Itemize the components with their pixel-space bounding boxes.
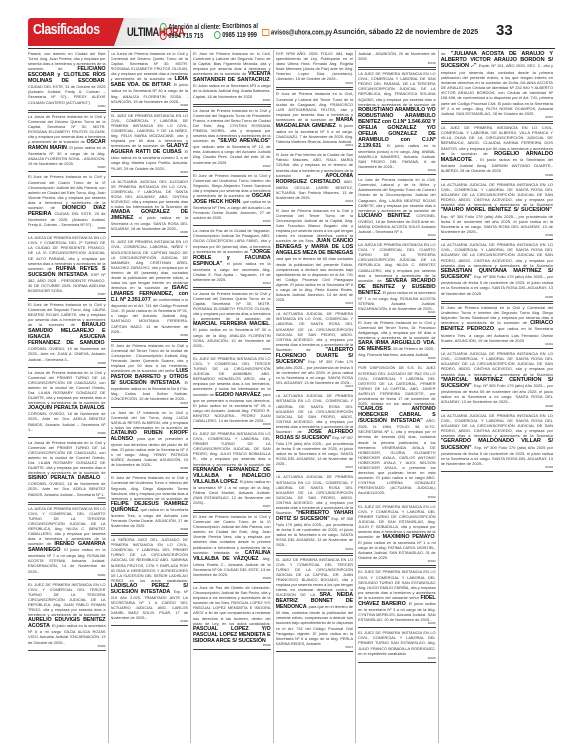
column-3: El Juez de Primera Instancia en lo Civil… xyxy=(193,50,274,743)
notice-reference: 00402 xyxy=(193,165,271,168)
notice-reference: 00411 xyxy=(276,144,354,147)
notice-text: El Juez de Primera Instancia en lo Civil… xyxy=(358,320,436,340)
notice-text: LA JUEZ DE PRIMERA INSTANCIA EN LO CIVIL… xyxy=(358,71,436,107)
legal-notice: EL JUEZ DE PRIMERA INSTANCIA EN LO CIVIL… xyxy=(111,238,189,339)
phone-icon xyxy=(160,32,167,40)
notice-text: LA JUEZA DE PRIMERA INSTANCIA EN LO CIVI… xyxy=(28,506,106,547)
logo-part-ultima: ULTIMA xyxy=(127,25,159,39)
notice-reference: 00395 xyxy=(111,231,189,234)
column-5: Judicial - ASUNCIÓN, 20 de Noviembre de … xyxy=(358,50,439,743)
notice-reference: 00384 xyxy=(28,105,106,108)
notice-text: LA ACTUARIA JUDICIAL DE PRIMERA INSTANCI… xyxy=(441,413,553,439)
notice-reference: 00386 xyxy=(28,227,106,230)
customer-service-phone[interactable]: 0994 715 715 xyxy=(168,33,203,40)
notice-text-continued: para que en el término de 60 días contad… xyxy=(276,256,354,302)
legal-notice: El Juez de Primera Instancia en lo Civil… xyxy=(441,303,553,349)
notice-text: LA JUEZA DE PRIMERA INSTANCIA EN LO CIVI… xyxy=(358,242,436,283)
envelope-icon xyxy=(262,29,269,36)
notice-reference: 00403 xyxy=(193,220,271,223)
notice-text: LA ACTUARIA JUDICIAL DE PRIMERA INSTANCI… xyxy=(441,182,553,208)
whatsapp-icon xyxy=(160,23,167,31)
notice-reference: 00421 xyxy=(358,311,436,314)
legal-notice: LA JUEZA DE PRIMERA INSTANCIA EN LO CIVI… xyxy=(28,504,106,580)
notice-reference: 00400 xyxy=(111,620,189,623)
notice-reference: 00404 xyxy=(193,282,271,285)
legal-notice: LA JUEZA DE PRIMERA INSTANCIA EN LO CIVI… xyxy=(358,241,436,317)
legal-notice: LA JUEZA DE PRIMERA INSTANCIA EN LO CIVI… xyxy=(28,234,106,299)
legal-notice: LA ACTUARIA JUDICIAL DE PRIMERA INSTANCI… xyxy=(441,412,553,473)
classifieds-columns: Paraná, con asiento en Ciudad del Este T… xyxy=(28,50,555,743)
notice-text: La Juez de Primera Instancia en lo Civil… xyxy=(358,177,436,213)
legal-notice: LA ACTUARIA JUDICIAL DE PRIMERA INSTANCI… xyxy=(441,241,553,302)
customer-service-contact: Atención al cliente: 0994 715 715 xyxy=(160,23,221,41)
notice-text: El Juez de Primera Instancia en lo Civil… xyxy=(193,514,271,555)
notice-reference: 00385 xyxy=(28,166,106,169)
notice-reference: 00406 xyxy=(193,423,271,426)
legal-notice: do: "JULIANA ACOSTA DE ARAUJO Y ALBERTO … xyxy=(441,50,553,122)
notice-reference: 00399 xyxy=(111,528,189,531)
notice-reference: 00391 xyxy=(28,574,106,577)
notice-reference: 00428 xyxy=(441,174,553,177)
notice-reference: 00431 xyxy=(441,343,553,346)
notice-reference: 00407 xyxy=(193,505,271,508)
notice-reference: 00415 xyxy=(276,466,354,469)
notice-text-continued: , de conformidad a lo dispuesto en el Ar… xyxy=(111,297,189,333)
notice-reference: 00427 xyxy=(441,116,553,119)
notice-reference: 00423 xyxy=(358,496,436,499)
legal-notice: La Jueza de Primera Instancia en lo Civi… xyxy=(193,289,271,354)
legal-notice: La Juez de Primera Instancia en lo Civil… xyxy=(358,176,436,240)
legal-notice: El Juez de Paz Interino de la Ciudad de … xyxy=(276,151,354,206)
notice-text: EL JUEZ DE PRIMERA INSTANCIA EN LO CIVIL… xyxy=(28,582,106,618)
legal-notice: La Jueza de Primera Instancia en lo Civi… xyxy=(111,50,189,110)
legal-notice: EXP. Nº99 AÑO: 2025. FOLIO: 084, bajo ap… xyxy=(276,50,354,88)
legal-notice: EL JUEZ DE PRIMERA INSTANCIA EN LO CIVIL… xyxy=(358,503,436,567)
legal-notice: EL JUEZ DE PRIMERA INSTANCIA EN LO CIVIL… xyxy=(358,629,436,662)
legal-notice: La Jueza de Primera Instancia en lo Civi… xyxy=(28,369,106,438)
notice-reference: 00388 xyxy=(28,362,106,365)
notice-reference: 00418 xyxy=(358,62,436,65)
notice-reference: 00394 xyxy=(111,171,189,174)
notice-reference: 00409 xyxy=(193,644,271,647)
legal-notice: LA ACTUARIA JUDICIAL DE PRIMERA INSTANCI… xyxy=(276,392,354,472)
legal-notice: Paraná, con asiento en Ciudad del Este T… xyxy=(28,50,106,111)
legal-notice: LA ACTUARIA JUDICIAL DE PRIMERA INSTANCI… xyxy=(276,309,354,391)
notice-text: LA ACTUARIA JUDICIAL DE PRIMERA INSTANCI… xyxy=(441,242,553,268)
notice-text: EL JUEZ DE PRIMERA INSTANCIA EN LO CIVIL… xyxy=(358,630,436,655)
notice-reference: 00429 xyxy=(441,234,553,237)
column-2: La Jueza de Primera Instancia en lo Civi… xyxy=(111,50,192,743)
column-6: do: "JULIANA ACOSTA DE ARAUJO Y ALBERTO … xyxy=(441,50,555,743)
notice-reference: 00416 xyxy=(276,548,354,551)
notice-text: LA ACTUARIA JUDICIAL DE PRIMERA INSTANCI… xyxy=(276,311,354,352)
notice-text: LA ACTUARIA JUDICIAL DE PRIMERA INSTANCI… xyxy=(276,474,354,515)
notice-text-continued: , para que en el término de 60 días, con… xyxy=(276,604,354,646)
legal-notice: LA ACTUARIA JUDICIAL DE PRIMERA INSTANCI… xyxy=(441,181,553,241)
legal-notice: EL JUEZ DE PRIMERA INSTANCIA EN LO CIVIL… xyxy=(28,581,106,651)
dateline: Asunción, sábado 22 de noviembre de 2025 xyxy=(333,29,478,36)
notice-reference: 00422 xyxy=(358,357,436,360)
legal-notice: El Juez de Primera Instancia en lo Civil… xyxy=(193,512,271,583)
notice-text-continued: . Expte. Nº 151, AÑO 2025, SEC. 2., cita… xyxy=(441,63,553,115)
notice-reference: 00420 xyxy=(358,234,436,237)
notice-text: EL JUEZ DE PRIMERA INSTANCIA EN LO CIVIL… xyxy=(276,557,354,598)
notice-text-continued: que radican ante la Secretaría Nº 12, de… xyxy=(193,144,271,164)
legal-notice: La Jueza de Primera Instancia en lo Civi… xyxy=(28,112,106,173)
notice-reference: 00401 xyxy=(193,99,271,102)
notice-text: Judicial - ASUNCIÓN, 20 de Noviembre de … xyxy=(358,51,436,61)
email-link[interactable]: avisos@uhora.com.py xyxy=(271,29,332,36)
notice-reference: 00430 xyxy=(441,296,553,299)
notice-text: EL JUEZ DE PRIMERA INSTANCIA EN LO CIVIL… xyxy=(193,431,271,467)
notice-text: La Jueza de Primera Instancia en lo Civi… xyxy=(28,370,106,406)
notice-reference: 00396 xyxy=(111,334,189,337)
notice-text: La Jueza de Primera Instancia en lo Civi… xyxy=(193,291,271,321)
notice-reference: 00398 xyxy=(111,467,189,470)
page-number: 33 xyxy=(496,22,513,39)
notice-reference: 00392 xyxy=(28,645,106,648)
legal-notice: El Juez de Primera Instancia en lo Civil… xyxy=(111,474,189,534)
notice-reference: 00414 xyxy=(276,385,354,388)
notice-text: EL JUEZ DE PRIMERA INSTANCIA EN LO CIVIL… xyxy=(111,239,189,290)
deceased-name: PASCUAL LOPEZ Y/O PASCUAL LOPEZ MENDIETA… xyxy=(193,626,271,644)
notice-reference: 00426 xyxy=(358,657,436,660)
notice-text: El Juez de Primera Instancia en lo Civil… xyxy=(111,475,189,500)
notice-reference: 00389 xyxy=(28,432,106,435)
notice-reference: 00419 xyxy=(358,169,436,172)
notice-reference: 00387 xyxy=(28,293,106,296)
customer-service-label: Atención al cliente: xyxy=(168,24,221,31)
legal-notice: EL JUEZ DE PRIMERA INSTANCIA EN LO CIVIL… xyxy=(358,567,436,628)
notice-reference: 00408 xyxy=(193,577,271,580)
legal-notice: El Juez de Primera Instancia en lo Civil… xyxy=(28,300,106,368)
email-contact: avisos@uhora.com.py xyxy=(262,29,332,36)
notice-reference: 00424 xyxy=(358,560,436,563)
legal-notice: LA ACTUARIA JUDICIAL DE PRIMERA INSTANCI… xyxy=(441,350,553,411)
notice-text: EXP. Nº99 AÑO: 2025. FOLIO: 084, bajo ap… xyxy=(276,51,354,81)
legal-notice: LA SEÑORA JUEZ DEL JUZGADO DE PRIMERA IN… xyxy=(111,535,189,626)
legal-notice: POR DISPOSICIÓN DE S.S. EL JUEZ INTERINO… xyxy=(358,364,436,501)
notice-reference: 00410 xyxy=(276,82,354,85)
notice-reference: 00413 xyxy=(276,302,354,305)
notice-reference: 00405 xyxy=(193,348,271,351)
legal-notice: Judicial - ASUNCIÓN, 20 de Noviembre de … xyxy=(358,50,436,68)
notice-text: LA ACTUARIA JUDICIAL DE PRIMERA INSTANCI… xyxy=(441,351,553,377)
notice-reference: 00412 xyxy=(276,200,354,203)
notice-text: do: xyxy=(441,51,451,56)
column-1: Paraná, con asiento en Ciudad del Este T… xyxy=(28,50,109,743)
legal-notice: La Jueza de Primera Instancia en lo Civi… xyxy=(28,439,106,503)
legal-notice: La Jueza de Paz de la Ciudad de Yaguarón… xyxy=(193,227,271,288)
write-us-label: Escríbinos al xyxy=(222,23,258,30)
notice-text: La Jueza de Primera Instancia en lo Civi… xyxy=(28,440,106,476)
legal-notice: EL JUEZ DE PRIMERA INSTANCIA EN LO CIVIL… xyxy=(111,111,189,177)
notice-reference: 00433 xyxy=(441,466,553,469)
deceased-name: "MAURO MOREL BENITEZ S/ SUCESION" xyxy=(441,207,552,213)
legal-notice: El Juez de Primera Instancia en lo Civil… xyxy=(276,89,354,150)
legal-notice: El Juez de Primera Instancia en lo Civil… xyxy=(111,341,189,408)
notice-reference: 00397 xyxy=(111,402,189,405)
notice-text-continued: AÑO: 2025, N. 1984, FOLIO: 58 VLTO, SECR… xyxy=(358,418,436,495)
legal-notice: LA ACTUARIA JUDICIAL DEL JUZGADO DE PRIM… xyxy=(111,178,189,238)
legal-notice: EL JUEZ DE PRIMERA INSTANCIA EN LO CIVIL… xyxy=(276,555,354,652)
section-banner: Clasificados xyxy=(28,18,128,46)
legal-notice: EL JUEZ DE PRIMERA INSTANCIA EN LO CIVIL… xyxy=(193,430,271,511)
notice-text: LA SEÑORA JUEZ DEL JUZGADO DE PRIMERA IN… xyxy=(111,537,189,583)
legal-notice: El Juez de Primera Instancia en lo Civil… xyxy=(276,207,354,308)
legal-notice: El Juez de Primera Instancia en lo Civil… xyxy=(193,172,271,227)
notice-text: LA ACTUARIA JUDICIAL DE PRIMERA INSTANCI… xyxy=(276,393,354,434)
legal-notice: La Jueza de Primera Instancia en lo Civi… xyxy=(193,106,271,171)
notice-reference: 00425 xyxy=(358,622,436,625)
notice-text: La Juez de 1ª Instancia en lo Civil y Co… xyxy=(111,410,189,430)
legal-notice: El Juez de Primera Instancia en lo Civil… xyxy=(193,50,271,105)
legal-notice: LA JUEZ DE PRIMERA INSTANCIA EN LO CIVIL… xyxy=(358,69,436,175)
write-us-phone[interactable]: 0985 119 999 xyxy=(222,32,257,39)
notice-text: POR DISPOSICIÓN DE S.S. EL JUEZ INTERINO… xyxy=(358,365,436,406)
legal-notice: EL JUEZ DE PRIMERA INSTANCIA EN LO CIVIL… xyxy=(193,355,271,429)
notice-text: LA ACTUARIA JUDICIAL DEL JUZGADO DE PRIM… xyxy=(111,179,189,209)
legal-notice: LA JUEZ DE PRIMERA INSTANCIA EN LO CIVIL… xyxy=(441,123,553,180)
legal-notice: El Juez de Primera Instancia en lo Civil… xyxy=(358,318,436,363)
write-us-contact: Escríbinos al 0985 119 999 xyxy=(214,23,258,40)
page-header: Clasificados ULTIMAHORA Atención al clie… xyxy=(28,17,555,49)
notice-text: La Juez de Paz del Distrito de Liberació… xyxy=(193,585,271,626)
legal-notice: La Juez de Paz del Distrito de Liberació… xyxy=(193,584,271,650)
whatsapp-icon xyxy=(214,31,221,39)
notice-reference: 00432 xyxy=(441,405,553,408)
notice-reference: 00417 xyxy=(276,646,354,649)
notice-reference: 00393 xyxy=(111,104,189,107)
notice-text: EL JUEZ DE PRIMERA INSTANCIA EN LO CIVIL… xyxy=(193,356,271,397)
section-title: Clasificados xyxy=(33,21,100,38)
column-4: EXP. Nº99 AÑO: 2025. FOLIO: 084, bajo ap… xyxy=(276,50,357,743)
legal-notice: LA ACTUARIA JUDICIAL DE PRIMERA INSTANCI… xyxy=(276,473,354,553)
legal-notice: El Juez de Primera Instancia en lo Civil… xyxy=(28,173,106,233)
notice-reference: 00390 xyxy=(28,497,106,500)
legal-notice: La Juez de 1ª Instancia en lo Civil y Co… xyxy=(111,409,189,474)
